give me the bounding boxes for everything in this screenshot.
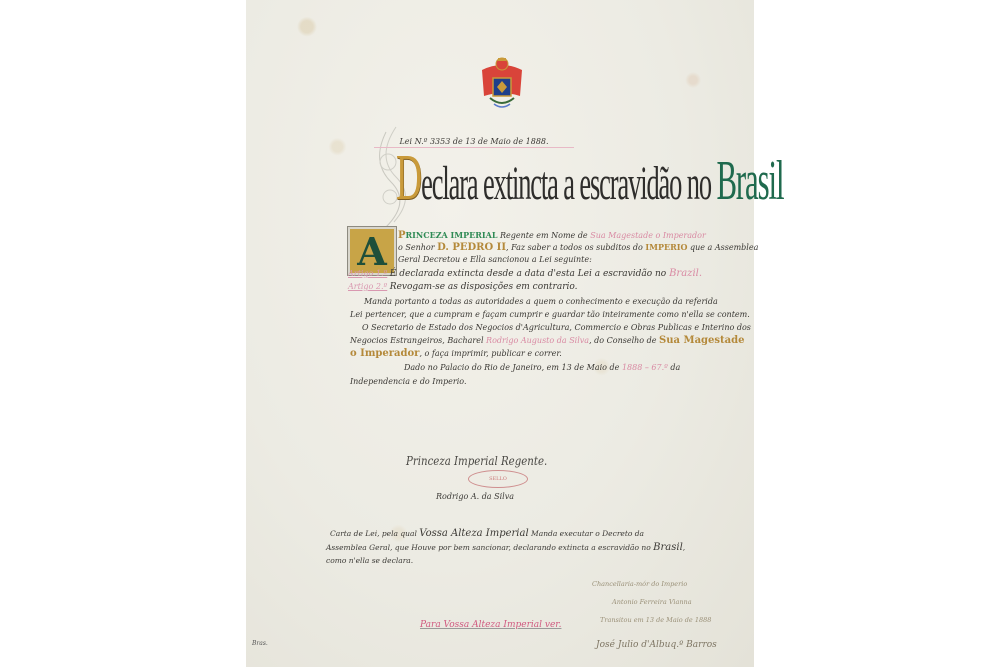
execution-line-2: Lei pertencer, que a cumpram e façam cum…: [350, 309, 750, 320]
majesty-reference: Sua Magestade: [659, 335, 744, 346]
chancellery-line-3: Transitou em 13 de Maio de 1888: [600, 616, 711, 624]
text-segment: , do Conselho de: [589, 336, 659, 345]
minister-name: Rodrigo Augusto da Silva: [486, 336, 589, 345]
footer-address: Para Vossa Alteza Imperial ver.: [420, 620, 561, 630]
regent-signature: Princeza Imperial Regente.: [406, 454, 547, 468]
red-seal-stamp: SELLO: [468, 470, 528, 488]
chancellery-line-1: Chancellaria-mór do Imperio: [592, 580, 687, 588]
year-reference: 1888 – 67.º: [622, 363, 668, 372]
execution-line-1: Manda portanto a todas as autoridades a …: [364, 296, 718, 307]
princess-initial: P: [398, 230, 406, 241]
minister-signature: Rodrigo A. da Silva: [436, 492, 514, 501]
article-2-label: Artigo 2.º: [348, 282, 387, 291]
princess-title: RINCEZA IMPERIAL: [406, 230, 498, 240]
dated-line: Dado no Palacio do Rio de Janeiro, em 13…: [404, 362, 680, 373]
document-page: Lei N.º 3353 de 13 de Maio de 1888. Decl…: [246, 0, 754, 667]
execution-line-3: O Secretario de Estado dos Negocios d'Ag…: [362, 322, 751, 333]
text-segment: o Senhor: [398, 243, 437, 252]
execution-line-4: Negocios Estrangeiros, Bacharel Rodrigo …: [350, 335, 745, 346]
text-segment: Manda executar o Decreto da: [529, 529, 644, 538]
carta-line-1: Carta de Lei, pela qual Vossa Alteza Imp…: [330, 528, 644, 539]
highness-reference: Vossa Alteza Imperial: [419, 528, 528, 539]
text-segment: Assemblea Geral, que Houve por bem sanci…: [326, 543, 653, 552]
carta-line-3: como n'ella se declara.: [326, 556, 413, 565]
chancellery-line-2: Antonio Ferreira Vianna: [612, 598, 692, 606]
article-1-country: Brazil.: [669, 268, 702, 279]
emperor-reference-2: o Imperador: [350, 348, 419, 359]
corner-annotation: Bras.: [252, 640, 268, 647]
text-segment: , Faz saber a todos os subditos do: [506, 243, 645, 252]
text-segment: Dado no Palacio do Rio de Janeiro, em 13…: [404, 363, 622, 372]
text-segment: que a Assemblea: [687, 243, 758, 252]
text-segment: Negocios Estrangeiros, Bacharel: [350, 336, 486, 345]
country-reference: Brasil: [653, 542, 683, 553]
text-segment: Carta de Lei, pela qual: [330, 529, 419, 538]
emperor-name: D. PEDRO II: [437, 242, 506, 253]
article-2: Artigo 2.º Revogam-se as disposições em …: [348, 281, 578, 293]
document-title: Declara extincta a escravidão no Brasil: [396, 148, 783, 214]
title-text: eclara extincta a escravidão no: [421, 157, 716, 210]
article-1-label: Artigo 1.º: [348, 269, 387, 278]
carta-line-2: Assemblea Geral, que Houve por bem sanci…: [326, 542, 685, 553]
text-segment: da: [668, 363, 680, 372]
text-segment: ,: [683, 543, 685, 552]
text-segment: , o faça imprimir, publicar e correr.: [419, 349, 561, 358]
imperial-coat-of-arms-icon: [478, 56, 526, 114]
title-country: Brasil: [716, 150, 783, 212]
article-1: Artigo 1.º É declarada extincta desde a …: [348, 268, 702, 280]
dated-line-2: Independencia e do Imperio.: [350, 376, 467, 387]
title-initial: D: [396, 141, 421, 214]
enactment-line: Geral Decretou e Ella sancionou a Lei se…: [398, 254, 592, 265]
empire-word: IMPERIO: [645, 242, 687, 252]
text-segment: Regente em Nome de: [497, 231, 590, 240]
article-2-text: Revogam-se as disposições em contrario.: [390, 282, 578, 292]
emperor-reference: Sua Magestade o Imperador: [590, 231, 706, 240]
execution-line-5: o Imperador, o faça imprimir, publicar e…: [350, 348, 562, 359]
chancellery-signature: José Julio d'Albuq.º Barros: [596, 640, 717, 650]
article-1-text: É declarada extincta desde a data d'esta…: [390, 269, 669, 279]
